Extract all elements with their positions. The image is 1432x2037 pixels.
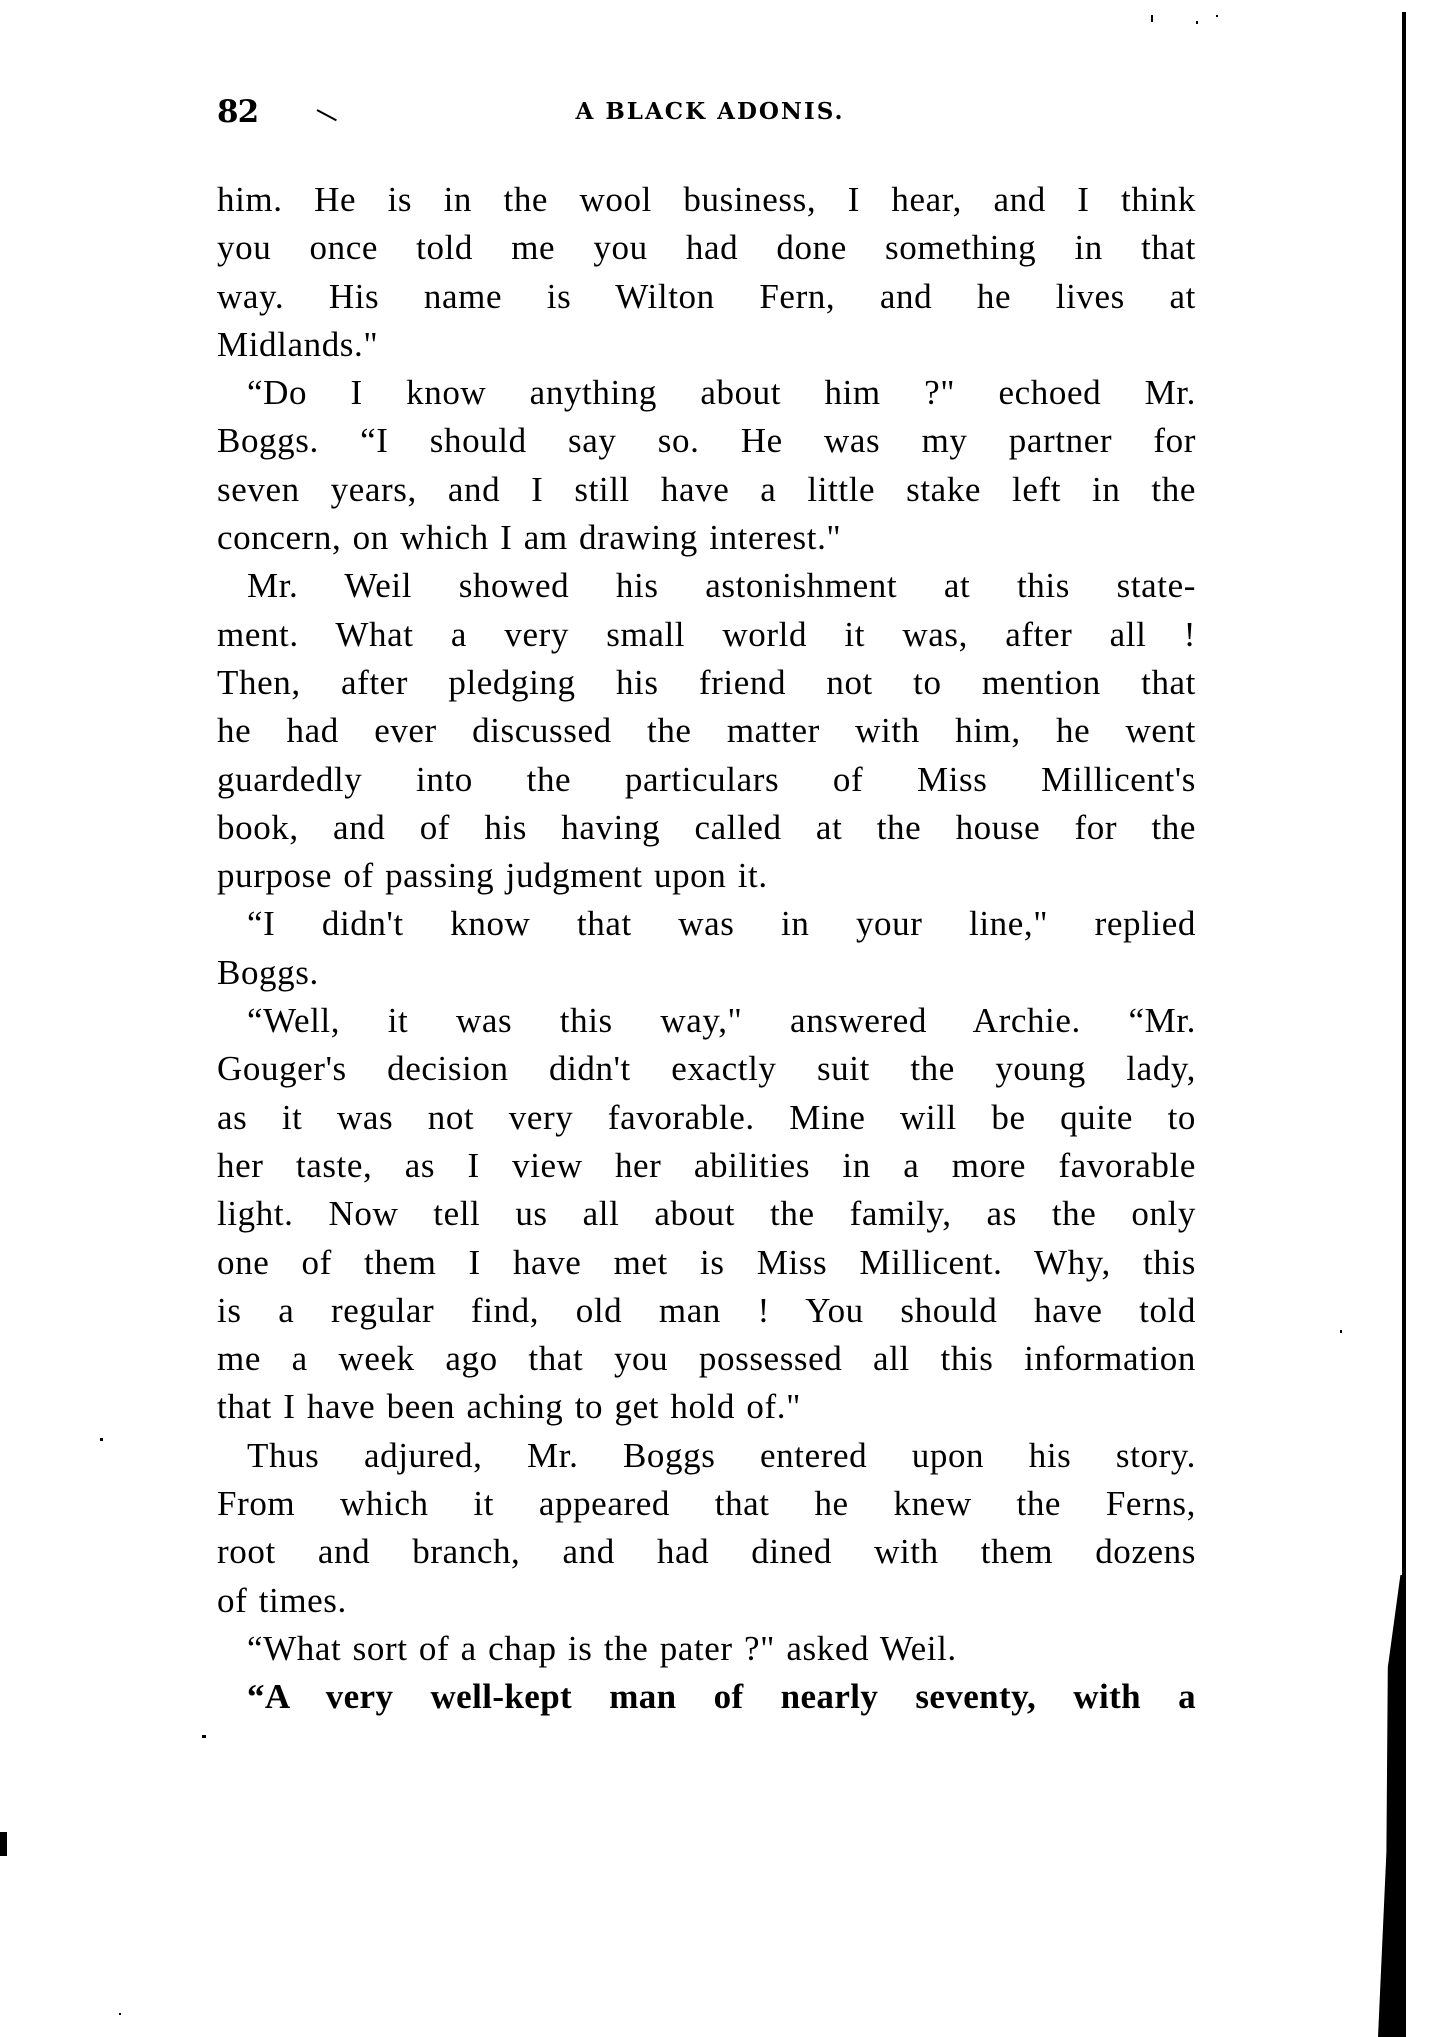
text-line: purpose of passing judgment upon it. bbox=[217, 852, 1196, 900]
text-line: her taste, as I view her abilities in a … bbox=[217, 1142, 1196, 1190]
text-line: way. His name is Wilton Fern, and he liv… bbox=[217, 273, 1196, 321]
page-edge-shadow bbox=[1378, 1575, 1406, 2037]
paragraph-first-line: Thus adjured, Mr. Boggs entered upon his… bbox=[217, 1432, 1196, 1480]
page-number: 82 bbox=[217, 92, 258, 132]
running-title: A BLACK ADONIS. bbox=[555, 92, 865, 132]
paragraph-first-line: “I didn't know that was in your line," r… bbox=[217, 900, 1196, 948]
text-line: book, and of his having called at the ho… bbox=[217, 804, 1196, 852]
text-line: ment. What a very small world it was, af… bbox=[217, 611, 1196, 659]
book-page: 82 A BLACK ADONIS. him. He is in the woo… bbox=[0, 0, 1432, 2037]
text-line: From which it appeared that he knew the … bbox=[217, 1480, 1196, 1528]
paragraph-first-line: “What sort of a chap is the pater ?" ask… bbox=[217, 1625, 1196, 1673]
scan-speck bbox=[0, 1832, 7, 1856]
text-line: Midlands." bbox=[217, 321, 1196, 369]
scan-speck bbox=[1216, 15, 1218, 17]
paragraph-first-line: “Do I know anything about him ?" echoed … bbox=[217, 369, 1196, 417]
stray-pen-mark bbox=[317, 109, 337, 121]
text-line: Gouger's decision didn't exactly suit th… bbox=[217, 1045, 1196, 1093]
scan-speck bbox=[100, 1438, 103, 1441]
text-line: guardedly into the particulars of Miss M… bbox=[217, 756, 1196, 804]
text-line: Boggs. bbox=[217, 949, 1196, 997]
text-line: of times. bbox=[217, 1577, 1196, 1625]
scan-speck bbox=[1340, 1330, 1342, 1333]
scan-speck bbox=[202, 1735, 206, 1738]
paragraph-first-line: “A very well-kept man of nearly seventy,… bbox=[217, 1673, 1196, 1721]
running-header: 82 A BLACK ADONIS. bbox=[217, 92, 1196, 132]
scan-speck bbox=[1196, 21, 1198, 24]
paragraph-first-line: “Well, it was this way," answered Archie… bbox=[217, 997, 1196, 1045]
text-line: that I have been aching to get hold of." bbox=[217, 1383, 1196, 1431]
text-line: Then, after pledging his friend not to m… bbox=[217, 659, 1196, 707]
text-line: one of them I have met is Miss Millicent… bbox=[217, 1239, 1196, 1287]
body-text: him. He is in the wool business, I hear,… bbox=[217, 176, 1196, 1722]
text-line: is a regular find, old man ! You should … bbox=[217, 1287, 1196, 1335]
text-line: Boggs. “I should say so. He was my partn… bbox=[217, 417, 1196, 465]
text-line: him. He is in the wool business, I hear,… bbox=[217, 176, 1196, 224]
scan-speck bbox=[119, 2013, 121, 2015]
text-line: as it was not very favorable. Mine will … bbox=[217, 1094, 1196, 1142]
text-line: light. Now tell us all about the family,… bbox=[217, 1190, 1196, 1238]
scan-speck bbox=[1151, 15, 1153, 22]
text-line: seven years, and I still have a little s… bbox=[217, 466, 1196, 514]
text-line: he had ever discussed the matter with hi… bbox=[217, 707, 1196, 755]
text-line: you once told me you had done something … bbox=[217, 224, 1196, 272]
paragraph-first-line: Mr. Weil showed his astonishment at this… bbox=[217, 562, 1196, 610]
text-line: root and branch, and had dined with them… bbox=[217, 1528, 1196, 1576]
text-line: me a week ago that you possessed all thi… bbox=[217, 1335, 1196, 1383]
text-line: concern, on which I am drawing interest.… bbox=[217, 514, 1196, 562]
